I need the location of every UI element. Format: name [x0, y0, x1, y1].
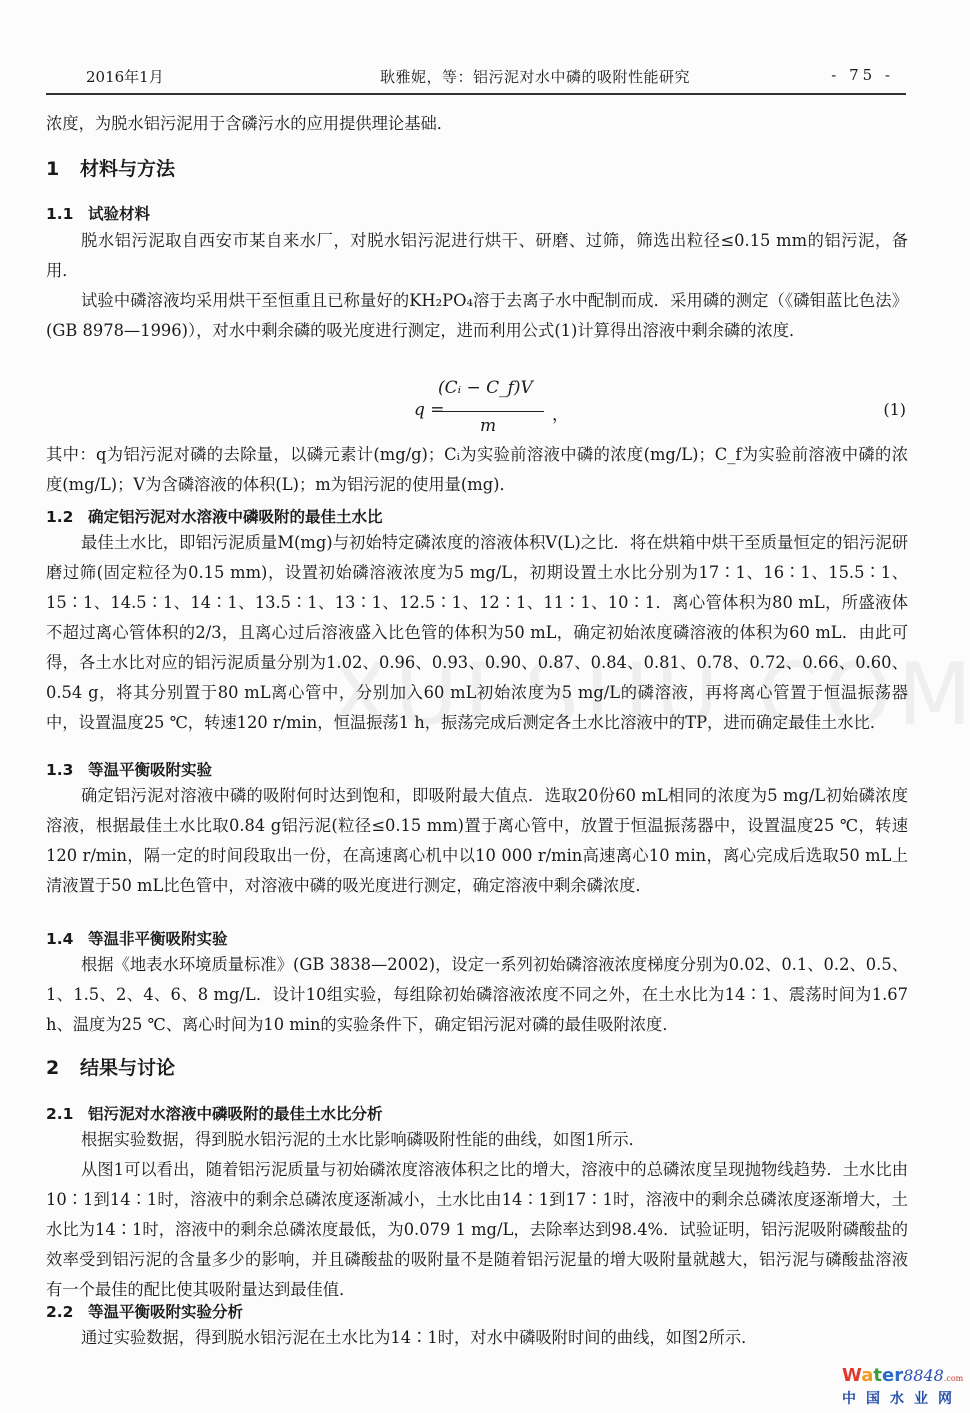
section-2-heading: 2结果与讨论 [46, 1053, 175, 1080]
subsection-number: 2.1 [46, 1105, 88, 1123]
section-1-heading: 1材料与方法 [46, 154, 175, 181]
paragraph: 从图1可以看出，随着铝污泥质量与初始磷浓度溶液体积之比的增大，溶液中的总磷浓度呈… [46, 1155, 908, 1305]
subsection-title: 等温非平衡吸附实验 [88, 930, 228, 948]
equation-lhs: q = [414, 400, 445, 420]
intro-tail-paragraph: 浓度，为脱水铝污泥用于含磷污水的应用提供理论基础． [46, 109, 908, 139]
equation-numerator: (Cᵢ − C_f)V [438, 378, 533, 398]
fraction-bar [436, 411, 544, 412]
paragraph: 根据《地表水环境质量标准》(GB 3838—2002)，设定一系列初始磷溶液浓度… [46, 950, 908, 1040]
paragraph: 根据实验数据，得到脱水铝污泥的土水比影响磷吸附性能的曲线，如图1所示． [46, 1125, 908, 1155]
subsection-title: 确定铝污泥对水溶液中磷吸附的最佳土水比 [88, 508, 383, 526]
equation-comma: ， [552, 400, 569, 425]
subsection-1-1-heading: 1.1试验材料 [46, 202, 150, 224]
paragraph: 最佳土水比，即铝污泥质量M(mg)与初始特定磷浓度的溶液体积V(L)之比．将在烘… [46, 528, 908, 738]
section-number: 1 [46, 158, 80, 180]
subsection-title: 等温平衡吸附实验分析 [88, 1303, 243, 1321]
subsection-1-4-heading: 1.4等温非平衡吸附实验 [46, 927, 228, 949]
logo-letter: a [861, 1365, 873, 1386]
paragraph: 试验中磷溶液均采用烘干至恒重且已称量好的KH₂PO₄溶于去离子水中配制而成．采用… [46, 286, 908, 346]
subsection-title: 试验材料 [88, 205, 150, 223]
subsection-1-2-heading: 1.2确定铝污泥对水溶液中磷吸附的最佳土水比 [46, 505, 383, 527]
section-number: 2 [46, 1057, 80, 1079]
subsection-title: 铝污泥对水溶液中磷吸附的最佳土水比分析 [88, 1105, 383, 1123]
logo-suffix: .com [944, 1374, 963, 1383]
subsection-number: 1.2 [46, 508, 88, 526]
running-header: 2016年1月 耿雅妮，等：铝污泥对水中磷的吸附性能研究 - 75 - [46, 60, 906, 94]
logo-chinese-name: 中国水业网 [842, 1388, 967, 1408]
equation-denominator: m [480, 416, 496, 436]
logo-wordmark: Water [842, 1365, 903, 1386]
subsection-number: 2.2 [46, 1303, 88, 1321]
subsection-number: 1.1 [46, 205, 88, 223]
section-title: 材料与方法 [80, 158, 175, 180]
paragraph: 脱水铝污泥取自西安市某自来水厂，对脱水铝污泥进行烘干、研磨、过筛，筛选出粒径≤0… [46, 226, 908, 286]
section-title: 结果与讨论 [80, 1057, 175, 1079]
logo-letter: W [842, 1365, 861, 1386]
page-number: - 75 - [831, 66, 894, 84]
formula-explanation: 其中：q为铝污泥对磷的去除量，以磷元素计(mg/g)；Cᵢ为实验前溶液中磷的浓度… [46, 440, 908, 500]
subsection-number: 1.4 [46, 930, 88, 948]
logo-letter: t [873, 1365, 882, 1386]
subsection-1-3-heading: 1.3等温平衡吸附实验 [46, 758, 212, 780]
equation-number: (1) [883, 400, 906, 419]
paragraph: 确定铝污泥对溶液中磷的吸附何时达到饱和，即吸附最大值点．选取20份60 mL相同… [46, 781, 908, 901]
header-divider [46, 93, 906, 95]
logo-number: 8848 [903, 1366, 944, 1385]
subsection-2-2-heading: 2.2等温平衡吸附实验分析 [46, 1300, 243, 1322]
logo-letter: er [882, 1365, 903, 1386]
paragraph: 通过实验数据，得到脱水铝污泥在土水比为14∶1时，对水中磷吸附时间的曲线，如图2… [46, 1323, 908, 1353]
water8848-logo: Water8848.com 中国水业网 [842, 1365, 967, 1410]
subsection-number: 1.3 [46, 761, 88, 779]
issue-date: 2016年1月 [86, 66, 164, 87]
running-title: 耿雅妮，等：铝污泥对水中磷的吸附性能研究 [380, 66, 690, 87]
journal-page: 2016年1月 耿雅妮，等：铝污泥对水中磷的吸附性能研究 - 75 - XUES… [0, 0, 970, 1413]
subsection-title: 等温平衡吸附实验 [88, 761, 212, 779]
subsection-2-1-heading: 2.1铝污泥对水溶液中磷吸附的最佳土水比分析 [46, 1102, 383, 1124]
